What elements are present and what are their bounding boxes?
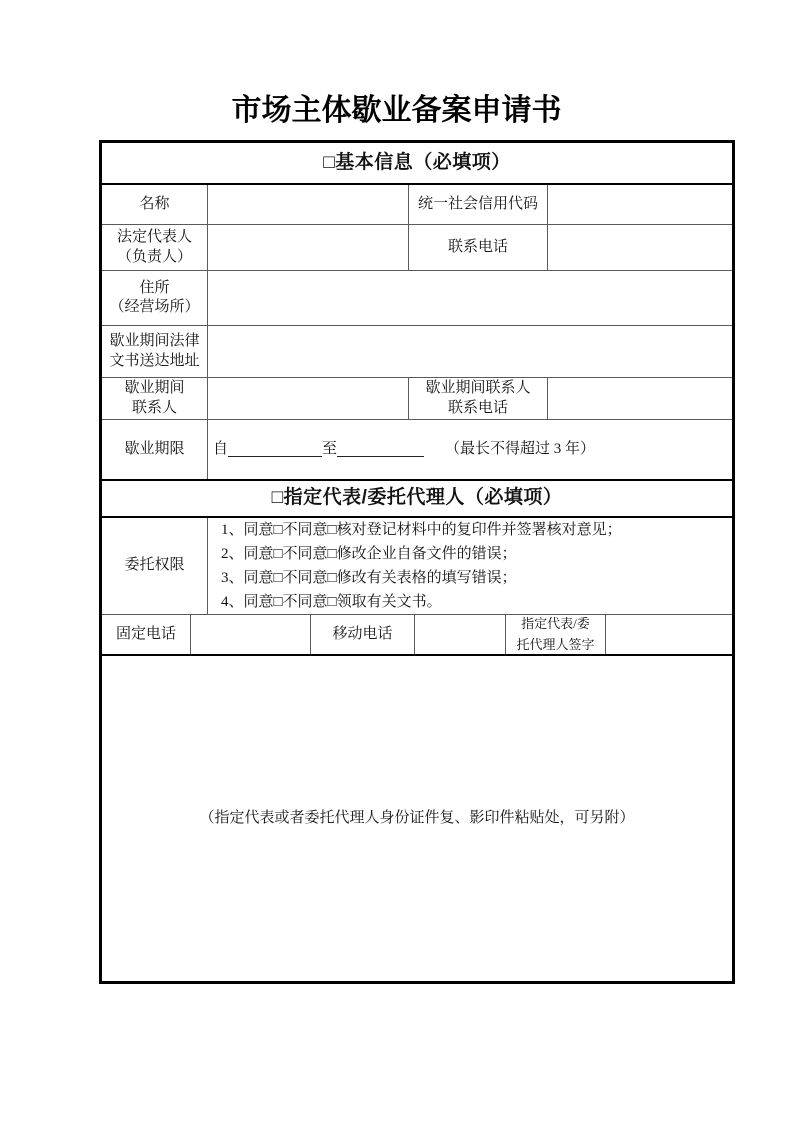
legal-representative-input-cell[interactable]	[208, 225, 409, 270]
duration-from-blank-line[interactable]	[228, 443, 322, 457]
suspension-contact-phone-label: 歇业期间联系人 联系电话	[409, 378, 548, 419]
table-row: （指定代表或者委托代理人身份证件复、影印件粘贴处，可另附）	[102, 656, 732, 981]
authority-item-2: 2、同意□不同意□修改企业自备文件的错误；	[221, 542, 517, 566]
landline-label: 固定电话	[102, 615, 191, 654]
legal-document-address-input-cell[interactable]	[208, 326, 732, 377]
name-input-cell[interactable]	[208, 185, 409, 224]
table-row: 法定代表人 （负责人） 联系电话	[102, 225, 732, 271]
authority-items-cell: 1、同意□不同意□核对登记材料中的复印件并签署核对意见； 2、同意□不同意□修改…	[208, 518, 732, 614]
suspension-contact-input-cell[interactable]	[208, 378, 409, 419]
duration-to-label: 至	[322, 440, 337, 460]
suspension-contact-phone-input-cell[interactable]	[548, 378, 732, 419]
suspension-duration-label: 歇业期限	[102, 420, 208, 479]
agent-signature-input-cell[interactable]	[606, 615, 732, 654]
table-row: 住所 （经营场所）	[102, 271, 732, 326]
name-label: 名称	[102, 185, 208, 224]
table-row: 歇业期间法律 文书送达地址	[102, 326, 732, 378]
suspension-duration-value-cell[interactable]: 自至（最长不得超过 3 年）	[208, 420, 732, 479]
contact-phone-input-cell[interactable]	[548, 225, 732, 270]
section-basic-info-header: □基本信息（必填项）	[102, 143, 732, 183]
table-row: 歇业期限 自至（最长不得超过 3 年）	[102, 420, 732, 481]
table-row: 委托权限 1、同意□不同意□核对登记材料中的复印件并签署核对意见； 2、同意□不…	[102, 518, 732, 615]
application-form-table: □基本信息（必填项） 名称 统一社会信用代码 法定代表人 （负责人） 联系电话 …	[99, 140, 735, 984]
duration-from-label: 自	[213, 440, 228, 460]
id-paste-area: （指定代表或者委托代理人身份证件复、影印件粘贴处，可另附）	[102, 656, 732, 981]
authority-label: 委托权限	[102, 518, 208, 614]
address-label: 住所 （经营场所）	[102, 271, 208, 325]
legal-representative-label: 法定代表人 （负责人）	[102, 225, 208, 270]
duration-fill-in: 自至（最长不得超过 3 年）	[213, 440, 595, 460]
authority-item-4: 4、同意□不同意□领取有关文书。	[221, 590, 442, 614]
contact-phone-label: 联系电话	[409, 225, 548, 270]
agent-signature-label: 指定代表/委 托代理人签字	[506, 615, 606, 654]
form-document-page: 市场主体歇业备案申请书 □基本信息（必填项） 名称 统一社会信用代码 法定代表人…	[0, 0, 793, 1122]
duration-to-blank-line[interactable]	[337, 443, 424, 457]
table-row: □指定代表/委托代理人（必填项）	[102, 481, 732, 518]
authority-item-3: 3、同意□不同意□修改有关表格的填写错误；	[221, 566, 517, 590]
legal-document-address-label: 歇业期间法律 文书送达地址	[102, 326, 208, 377]
landline-input-cell[interactable]	[191, 615, 311, 654]
mobile-label: 移动电话	[311, 615, 415, 654]
duration-max-note: （最长不得超过 3 年）	[445, 440, 595, 460]
table-row: 名称 统一社会信用代码	[102, 185, 732, 225]
section-agent-header: □指定代表/委托代理人（必填项）	[102, 481, 732, 516]
table-row: 固定电话 移动电话 指定代表/委 托代理人签字	[102, 615, 732, 656]
id-paste-note: （指定代表或者委托代理人身份证件复、影印件粘贴处，可另附）	[199, 809, 634, 829]
credit-code-input-cell[interactable]	[548, 185, 732, 224]
address-input-cell[interactable]	[208, 271, 732, 325]
table-row: □基本信息（必填项）	[102, 143, 732, 185]
suspension-contact-label: 歇业期间 联系人	[102, 378, 208, 419]
mobile-input-cell[interactable]	[415, 615, 506, 654]
table-row: 歇业期间 联系人 歇业期间联系人 联系电话	[102, 378, 732, 420]
credit-code-label: 统一社会信用代码	[409, 185, 548, 224]
page-title: 市场主体歇业备案申请书	[0, 92, 793, 130]
authority-item-1: 1、同意□不同意□核对登记材料中的复印件并签署核对意见；	[221, 518, 622, 542]
